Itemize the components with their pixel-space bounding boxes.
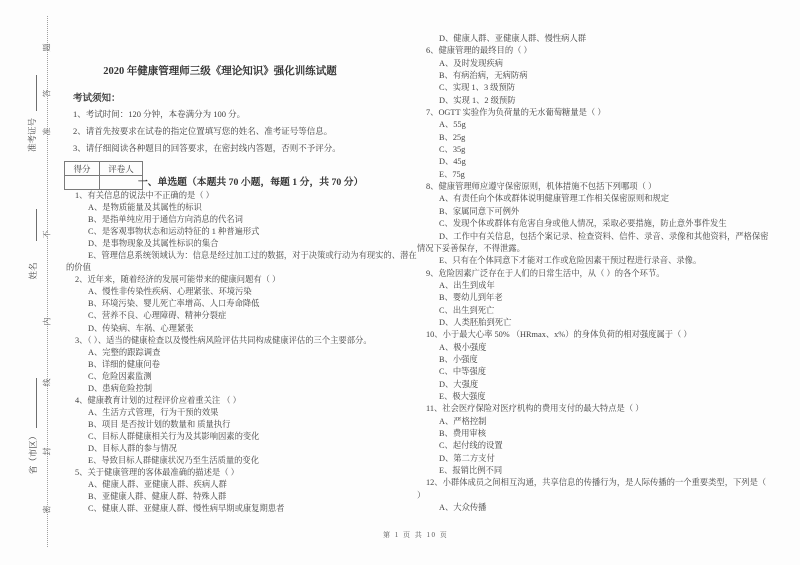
seal-line-char: 内 xyxy=(42,317,53,327)
grader-cell-empty xyxy=(100,176,143,190)
text-line: A、极小强度 xyxy=(417,342,795,354)
text-line: A、完整的跟踪调查 xyxy=(66,347,416,359)
text-line: 3、（ ）、适当的健康检查以及慢性病风险评估共同构成健康评估的三个主要部分。 xyxy=(66,335,416,347)
text-line: A、是物质能量及其属性的标识 xyxy=(66,202,416,214)
text-line: 情况下妥善保存，不得泄露。 xyxy=(417,243,795,255)
section-heading: 一、单选题（本题共 70 小题，每题 1 分，共 70 分） xyxy=(138,174,363,188)
notice-line-2: 2、请首先按要求在试卷的指定位置填写您的姓名、准考证号等信息。 xyxy=(73,123,341,140)
text-line: C、是客观事物状态和运动特征的 1 种普遍形式 xyxy=(66,226,416,238)
text-line: A、慢性非传染性疾病、心理紧张、环境污染 xyxy=(66,286,416,298)
score-header: 得分 xyxy=(65,162,100,176)
text-line: B、详细的健康问卷 xyxy=(66,359,416,371)
text-line: C、中等强度 xyxy=(417,366,795,378)
text-line: C、实现 1、3 级预防 xyxy=(417,82,795,94)
seal-line-char: 题 xyxy=(42,43,53,53)
text-line: D、传染病、车祸、心理紧张 xyxy=(66,323,416,335)
text-line: D、工作中有关信息，包括个案记录、检查资料、信件、录音、录像和其他资料，严格保密 xyxy=(417,231,795,243)
text-line: E、管理信息系统领域认为：信息是经过加工过的数据，对于决策或行动为有现实的、潜在 xyxy=(66,250,416,262)
seal-line-char: 封 xyxy=(42,447,53,457)
text-line: D、实现 1、2 级预防 xyxy=(417,95,795,107)
text-line: C、发现个体或群体有危害自身或他人情况，采取必要措施，防止意外事件发生 xyxy=(417,218,795,230)
text-line: A、有责任向个体或群体说明健康管理工作相关保密原则和规定 xyxy=(417,193,795,205)
text-line: A、出生到成年 xyxy=(417,280,795,292)
text-line: D、人类胚胎到死亡 xyxy=(417,317,795,329)
text-line: C、营养不良、心理障碍、精神分裂症 xyxy=(66,310,416,322)
notice-line-1: 1、考试时间：120 分钟，本卷满分为 100 分。 xyxy=(73,106,341,123)
text-line: 5、关于健康管理的客体最准确的描述是（ ） xyxy=(66,467,416,479)
text-line: 7、OGTT 实验作为负荷量的无水葡萄糖量是（ ） xyxy=(417,107,795,119)
text-line: B、25g xyxy=(417,132,795,144)
text-line: 10、小于最大心率 50% （HRmax、x%）的身体负荷的相对强度属于（ ） xyxy=(417,329,795,341)
notice-title: 考试须知： xyxy=(73,90,121,104)
text-line: A、健康人群、亚健康人群、疾病人群 xyxy=(66,479,416,491)
province-fill-line xyxy=(36,378,37,428)
text-line: B、是指单纯应用于通信方向消息的代名词 xyxy=(66,214,416,226)
text-line: B、家属同意下可例外 xyxy=(417,206,795,218)
text-line: B、环境污染、婴儿死亡率增高、人口寿命降低 xyxy=(66,298,416,310)
text-line: B、费用审核 xyxy=(417,428,795,440)
text-line: D、患病危险控制 xyxy=(66,383,416,395)
text-line: 4、健康教育计划的过程评价应着重关注 （ ） xyxy=(66,395,416,407)
text-line: D、是事物现象及其属性标识的集合 xyxy=(66,238,416,250)
score-table: 得分 评卷人 xyxy=(64,161,143,190)
text-line: C、健康人群、亚健康人群、慢性病早期或康复期患者 xyxy=(66,503,416,515)
seal-line-char: 答 xyxy=(42,89,53,99)
text-line: 11、社会医疗保险对医疗机构的费用支付的最大特点是（ ） xyxy=(417,403,795,415)
text-line: 6、健康管理的最终目的（ ） xyxy=(417,45,795,57)
text-line: E、导致目标人群健康状况乃至生活质量的变化 xyxy=(66,455,416,467)
text-line: B、项目 是否按计划的数量和 质量执行 xyxy=(66,419,416,431)
seal-dotted-line: 题答准不内线封密 xyxy=(47,16,48,547)
text-line: B、小强度 xyxy=(417,354,795,366)
exam-paper-page: 题答准不内线封密 准考证号 姓名 省（市区） 2020 年健康管理师三级《理论知… xyxy=(0,0,800,565)
text-line: D、大强度 xyxy=(417,379,795,391)
text-line: 1、有关信息的说法中不正确的是（ ） xyxy=(66,190,416,202)
text-line: B、亚健康人群、健康人群、特殊人群 xyxy=(66,491,416,503)
admission-number-label: 准考证号 xyxy=(26,115,38,155)
text-line: C、危险因素监测 xyxy=(66,371,416,383)
text-line: 的价值 xyxy=(66,262,416,274)
text-line: A、大众传播 xyxy=(417,502,795,514)
text-line: D、45g xyxy=(417,156,795,168)
province-label: 省（市区） xyxy=(27,430,39,476)
text-line: A、生活方式管理，行为干预的效果 xyxy=(66,407,416,419)
text-line: 8、健康管理师应遵守保密原则，机体措施不包括下列哪项（ ） xyxy=(417,181,795,193)
text-line: 2、近年来，随着经济的发展可能带来的健康问题有（ ） xyxy=(66,274,416,286)
seal-line-char: 线 xyxy=(42,378,53,388)
page-footer: 第 1 页 共 10 页 xyxy=(383,530,448,540)
grader-header: 评卷人 xyxy=(100,162,143,176)
name-label: 姓名 xyxy=(27,262,39,280)
text-line: C、起付线的设置 xyxy=(417,440,795,452)
text-line: C、出生到死亡 xyxy=(417,305,795,317)
exam-title: 2020 年健康管理师三级《理论知识》强化训练试题 xyxy=(50,63,390,78)
admission-number-fill-line xyxy=(36,75,37,111)
text-line: A、及时发现疾病 xyxy=(417,58,795,70)
seal-line-char: 不 xyxy=(42,230,53,240)
text-line: E、报销比例不同 xyxy=(417,465,795,477)
text-line: C、目标人群健康相关行为及其影响因素的变化 xyxy=(66,431,416,443)
text-line: E、只有在个体同意下才能对工作或危险因素干预过程进行录音、录像。 xyxy=(417,255,795,267)
text-line: E、75g xyxy=(417,169,795,181)
text-line: B、有病治病，无病防病 xyxy=(417,70,795,82)
notice-line-3: 3、请仔细阅读各种题目的回答要求，在密封线内答题，否则不予评分。 xyxy=(73,140,341,157)
name-fill-line xyxy=(36,209,37,241)
text-line: E、极大强度 xyxy=(417,391,795,403)
text-line: A、55g xyxy=(417,119,795,131)
text-line: B、婴幼儿到年老 xyxy=(417,292,795,304)
seal-line-char: 准 xyxy=(42,127,53,137)
text-line: ） xyxy=(417,490,795,502)
text-line: C、35g xyxy=(417,144,795,156)
left-question-column: 1、有关信息的说法中不正确的是（ ）A、是物质能量及其属性的标识B、是指单纯应用… xyxy=(66,190,416,515)
text-line: 9、危险因素广泛存在于人们的日常生活中，从（ ）的各个环节。 xyxy=(417,268,795,280)
text-line: D、第二方支付 xyxy=(417,453,795,465)
right-question-column: D、健康人群、亚健康人群、慢性病人群6、健康管理的最终目的（ ）A、及时发现疾病… xyxy=(417,33,795,514)
score-cell-empty xyxy=(65,176,100,190)
text-line: A、严格控制 xyxy=(417,416,795,428)
text-line: 12、小群体成员之间相互沟通，共享信息的传播行为，是人际传播的一个重要类型，下列… xyxy=(417,477,795,489)
exam-notices: 1、考试时间：120 分钟，本卷满分为 100 分。 2、请首先按要求在试卷的指… xyxy=(73,106,341,156)
text-line: D、健康人群、亚健康人群、慢性病人群 xyxy=(417,33,795,45)
text-line: D、目标人群的参与情况 xyxy=(66,443,416,455)
seal-line-char: 密 xyxy=(42,505,53,515)
